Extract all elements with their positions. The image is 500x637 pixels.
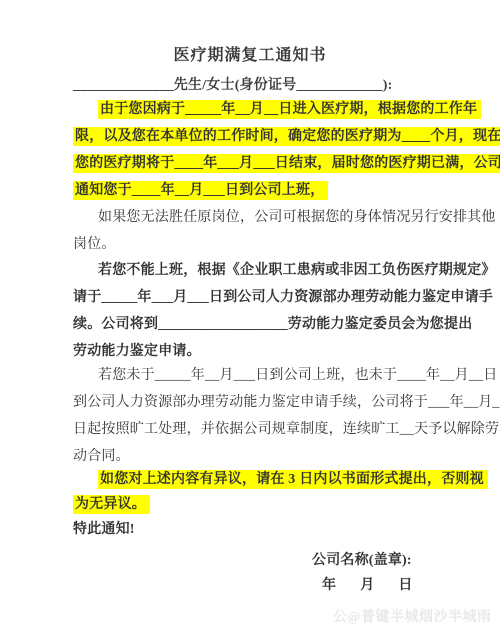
paragraph4-line: 动合同。 bbox=[73, 448, 130, 466]
highlighted-text: 您的医疗期将于____年___月___日结束，届时您的医疗期已满，公司 bbox=[73, 154, 500, 173]
highlighted-text: 限，以及您在本单位的工作时间，确定您的医疗期为____个月，现在 bbox=[73, 127, 500, 146]
date-month-label: 月 bbox=[360, 577, 374, 595]
date-day-label: 日 bbox=[398, 577, 412, 595]
watermark-text: 公@普键半城烟沙半城雨 bbox=[333, 606, 492, 626]
paragraph1-line: 您的医疗期将于____年___月___日结束，届时您的医疗期已满，公司 bbox=[73, 155, 500, 173]
paragraph3-line: 续。公司将到__________________劳动能力鉴定委员会为您提出 bbox=[73, 316, 472, 334]
highlighted-text: 如您对上述内容有异议，请在 3 日内以书面形式提出，否则视 bbox=[98, 470, 488, 489]
paragraph1-line: 由于您因病于_____年__月__日进入医疗期，根据您的工作年 bbox=[98, 101, 481, 119]
paragraph4-line: 日起按照旷工处理，并依据公司规章制度，连续旷工__天予以解除劳 bbox=[73, 421, 499, 439]
paragraph3-line: 劳动能力鉴定申请。 bbox=[73, 343, 201, 361]
highlighted-text: 由于您因病于_____年__月__日进入医疗期，根据您的工作年 bbox=[98, 100, 481, 119]
paragraph3-line: 请于_____年___月___日到公司人力资源部办理劳动能力鉴定申请手 bbox=[73, 289, 493, 307]
paragraph4-line: 若您未于_____年__月___日到公司上班，也未于____年__月__日 bbox=[98, 367, 497, 385]
company-seal-line: 公司名称(盖章): bbox=[312, 552, 412, 570]
closing-line: 特此通知! bbox=[73, 521, 135, 539]
date-line: 年 月 日 bbox=[322, 577, 413, 595]
paragraph2-line: 如果您无法胜任原岗位，公司可根据您的身体情况另行安排其他 bbox=[98, 209, 496, 227]
paragraph4-line: 到公司人力资源部办理劳动能力鉴定申请手续，公司将于___年__月_ bbox=[73, 394, 500, 412]
paragraph3-line: 若您不能上班，根据《企业职工患病或非因工负伤医疗期规定》 bbox=[98, 262, 496, 280]
salutation-line: ______________先生/女士(身份证号____________): bbox=[73, 77, 392, 95]
paragraph5-line: 如您对上述内容有异议，请在 3 日内以书面形式提出，否则视 bbox=[98, 471, 488, 489]
paragraph1-line: 限，以及您在本单位的工作时间，确定您的医疗期为____个月，现在 bbox=[73, 128, 500, 146]
highlighted-text: 通知您于____年__月___日到公司上班， bbox=[73, 181, 328, 200]
paragraph2-line: 岗位。 bbox=[73, 236, 116, 254]
paragraph1-line: 通知您于____年__月___日到公司上班， bbox=[73, 182, 328, 200]
date-year-label: 年 bbox=[322, 577, 336, 595]
paragraph5-line: 为无异议。 bbox=[73, 496, 150, 514]
document-title: 医疗期满复工通知书 bbox=[0, 42, 500, 65]
highlighted-text: 为无异议。 bbox=[73, 495, 150, 514]
notice-document-page: 医疗期满复工通知书 ______________先生/女士(身份证号______… bbox=[0, 0, 500, 637]
